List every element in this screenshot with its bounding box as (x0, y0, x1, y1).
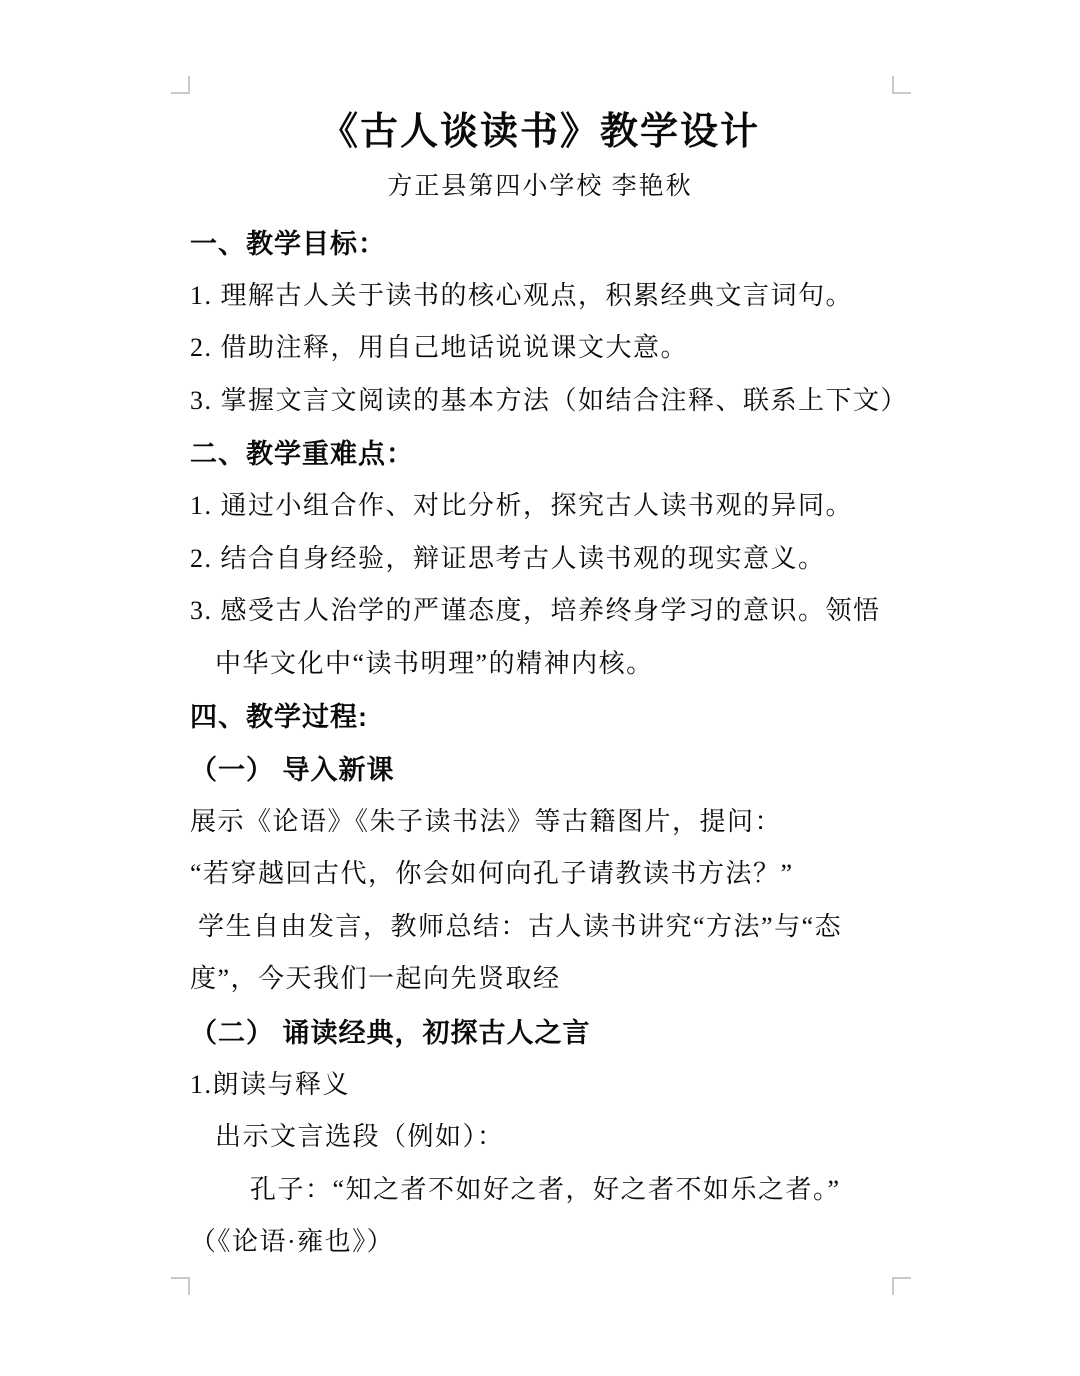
heading-read-classics: （二） 诵读经典，初探古人之言 (190, 1011, 910, 1050)
text-line-difficulty-3: 3. 感受古人治学的严谨态度，培养终身学习的意识。领悟 (190, 590, 910, 627)
crop-mark-bottom-right-icon (892, 1277, 911, 1295)
text-line-quote-source: （《论语·雍也》） (190, 1221, 910, 1258)
crop-mark-bottom-left-icon (171, 1277, 190, 1295)
heading-teaching-process: 四、教学过程: (190, 695, 910, 734)
text-line-reading-meaning: 1.朗读与释义 (190, 1064, 910, 1101)
text-line-difficulty-3-cont: 中华文化中“读书明理”的精神内核。 (190, 643, 935, 680)
document-byline: 方正县第四小学校 李艳秋 (190, 166, 890, 202)
heading-teaching-goals: 一、教学目标： (190, 222, 910, 261)
text-line-goal-1: 1. 理解古人关于读书的核心观点，积累经典文言词句。 (190, 275, 910, 312)
document-page: 《古人谈读书》教学设计 方正县第四小学校 李艳秋 一、教学目标： 1. 理解古人… (0, 0, 1080, 1376)
crop-mark-top-right-icon (892, 76, 911, 94)
text-line-goal-2: 2. 借助注释，用自己地话说说课文大意。 (190, 327, 910, 364)
document-title: 《古人谈读书》教学设计 (190, 100, 890, 155)
text-line-show-passage: 出示文言选段（例如）： (190, 1116, 935, 1153)
heading-lesson-intro: （一） 导入新课 (190, 748, 910, 787)
text-line-difficulty-2: 2. 结合自身经验，辩证思考古人读书观的现实意义。 (190, 538, 910, 575)
crop-mark-top-left-icon (171, 76, 190, 94)
text-line-show-books: 展示《论语》《朱子读书法》等古籍图片，提问： (190, 801, 910, 838)
text-line-difficulty-1: 1. 通过小组合作、对比分析，探究古人读书观的异同。 (190, 485, 910, 522)
text-line-question: “若穿越回古代，你会如何向孔子请教读书方法？” (190, 853, 910, 890)
heading-key-difficulties: 二、教学重难点： (190, 432, 910, 471)
text-line-confucius-quote: 孔子：“知之者不如好之者，好之者不如乐之者。” (190, 1169, 970, 1206)
text-line-student-speak-cont: 度”，今天我们一起向先贤取经 (190, 958, 910, 995)
text-line-student-speak: 学生自由发言，教师总结：古人读书讲究“方法”与“态 (190, 906, 918, 943)
text-line-goal-3: 3. 掌握文言文阅读的基本方法（如结合注释、联系上下文） (190, 380, 910, 417)
